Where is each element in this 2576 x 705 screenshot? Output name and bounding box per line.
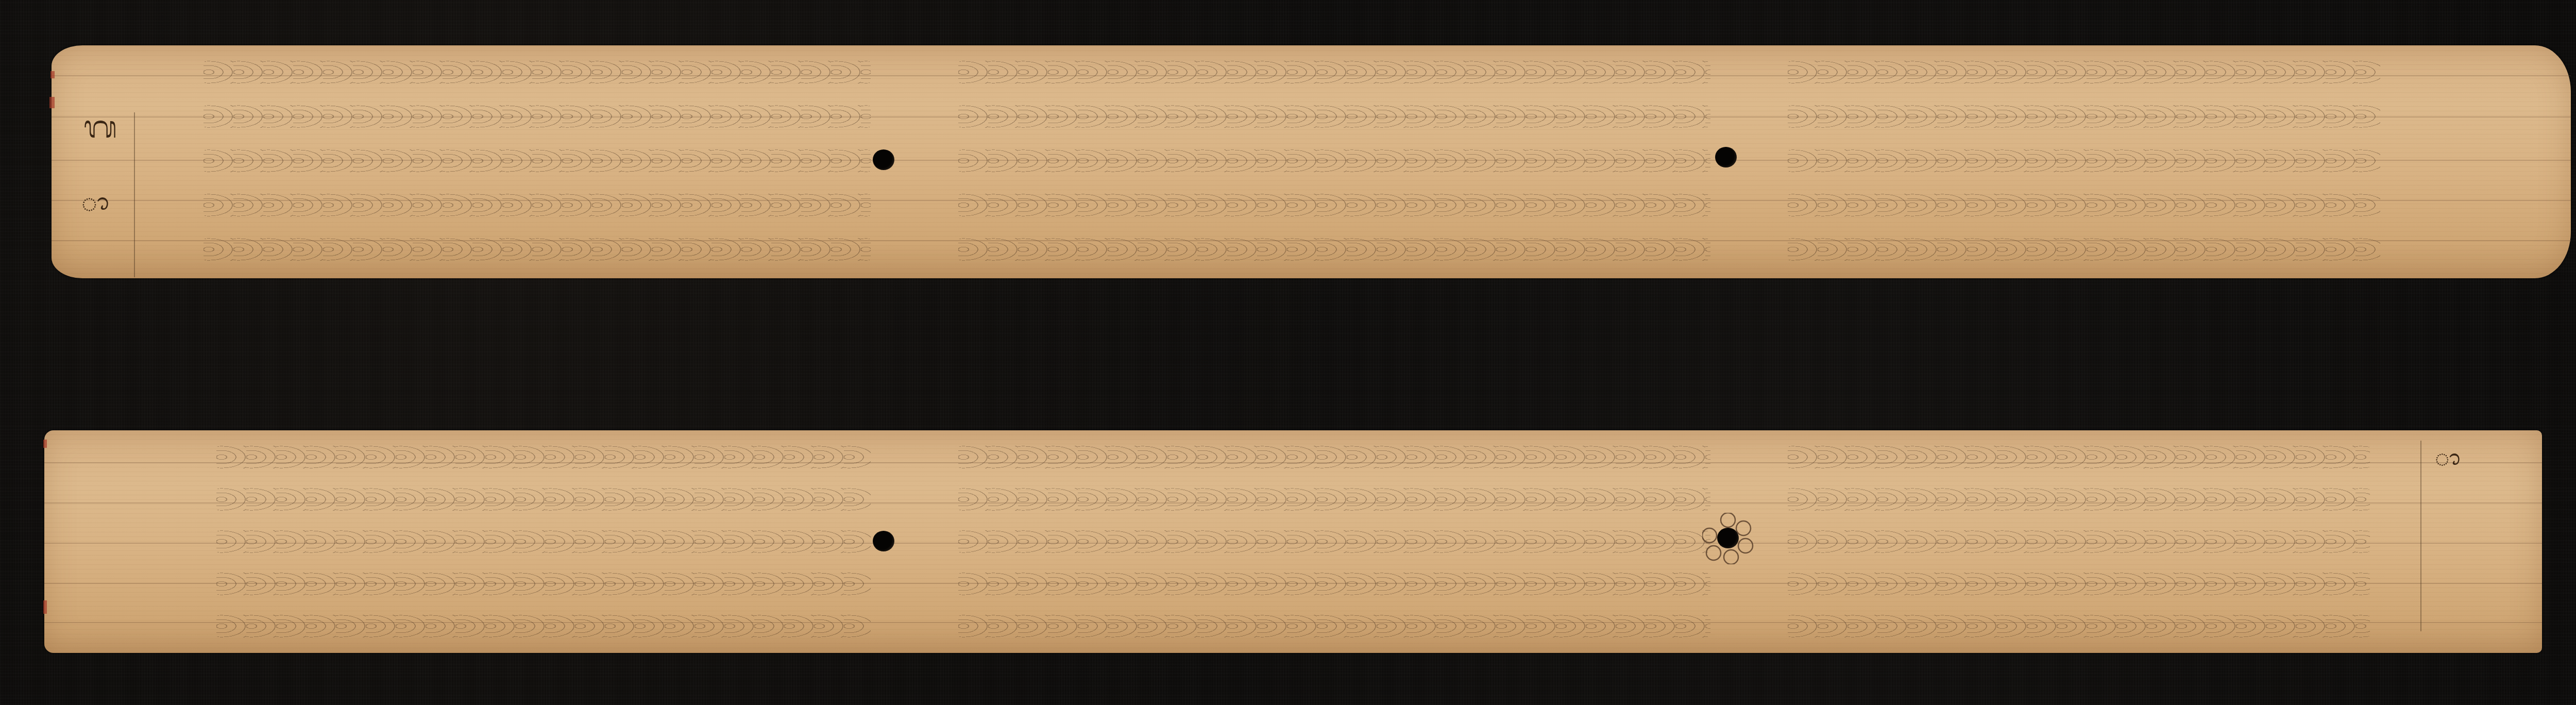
script-line [216,488,871,511]
script-line [216,573,871,595]
script-line [1788,61,2380,83]
palm-leaf-2: ᬵ [44,430,2542,653]
script-line [1788,615,2370,637]
script-line [958,61,1710,83]
margin-ruling [2420,441,2421,631]
script-line [958,573,1710,595]
text-block-left [204,61,871,261]
string-hole [1715,147,1737,167]
script-line [958,194,1710,216]
script-line [1788,194,2380,216]
string-hole [873,531,894,551]
text-block-right [1788,446,2370,637]
string-hole [873,149,894,170]
script-line [204,61,871,83]
script-line [1788,105,2380,128]
red-edge-mark [49,97,55,108]
script-line [204,238,871,261]
script-line [1788,530,2370,553]
script-line [204,149,871,172]
script-line [958,615,1710,637]
script-line [1788,488,2370,511]
script-line [204,105,871,128]
text-block-middle [958,61,1710,261]
script-line [1788,573,2370,595]
script-line [1788,446,2370,468]
red-edge-mark [43,600,47,614]
script-line [958,238,1710,261]
text-block-left [216,446,871,637]
script-line [1788,238,2380,261]
marginal-glyph: ᬵ [2435,441,2461,485]
margin-ruling [134,112,135,277]
script-line [958,446,1710,468]
text-block-right [1788,61,2380,261]
script-line [204,194,871,216]
red-edge-mark [50,71,55,78]
script-line [958,488,1710,511]
palm-leaf-1: ᬕ ᬵ [52,45,2571,278]
script-line [958,530,1710,553]
marginal-glyph: ᬵ [81,183,109,232]
script-line [958,105,1710,128]
script-line [216,615,871,637]
script-line [958,149,1710,172]
script-line [1788,149,2380,172]
marginal-glyph: ᬕ [83,105,117,160]
red-edge-mark [43,440,47,448]
text-block-middle [958,446,1710,637]
string-hole [1717,528,1739,548]
script-line [216,530,871,553]
script-line [216,446,871,468]
